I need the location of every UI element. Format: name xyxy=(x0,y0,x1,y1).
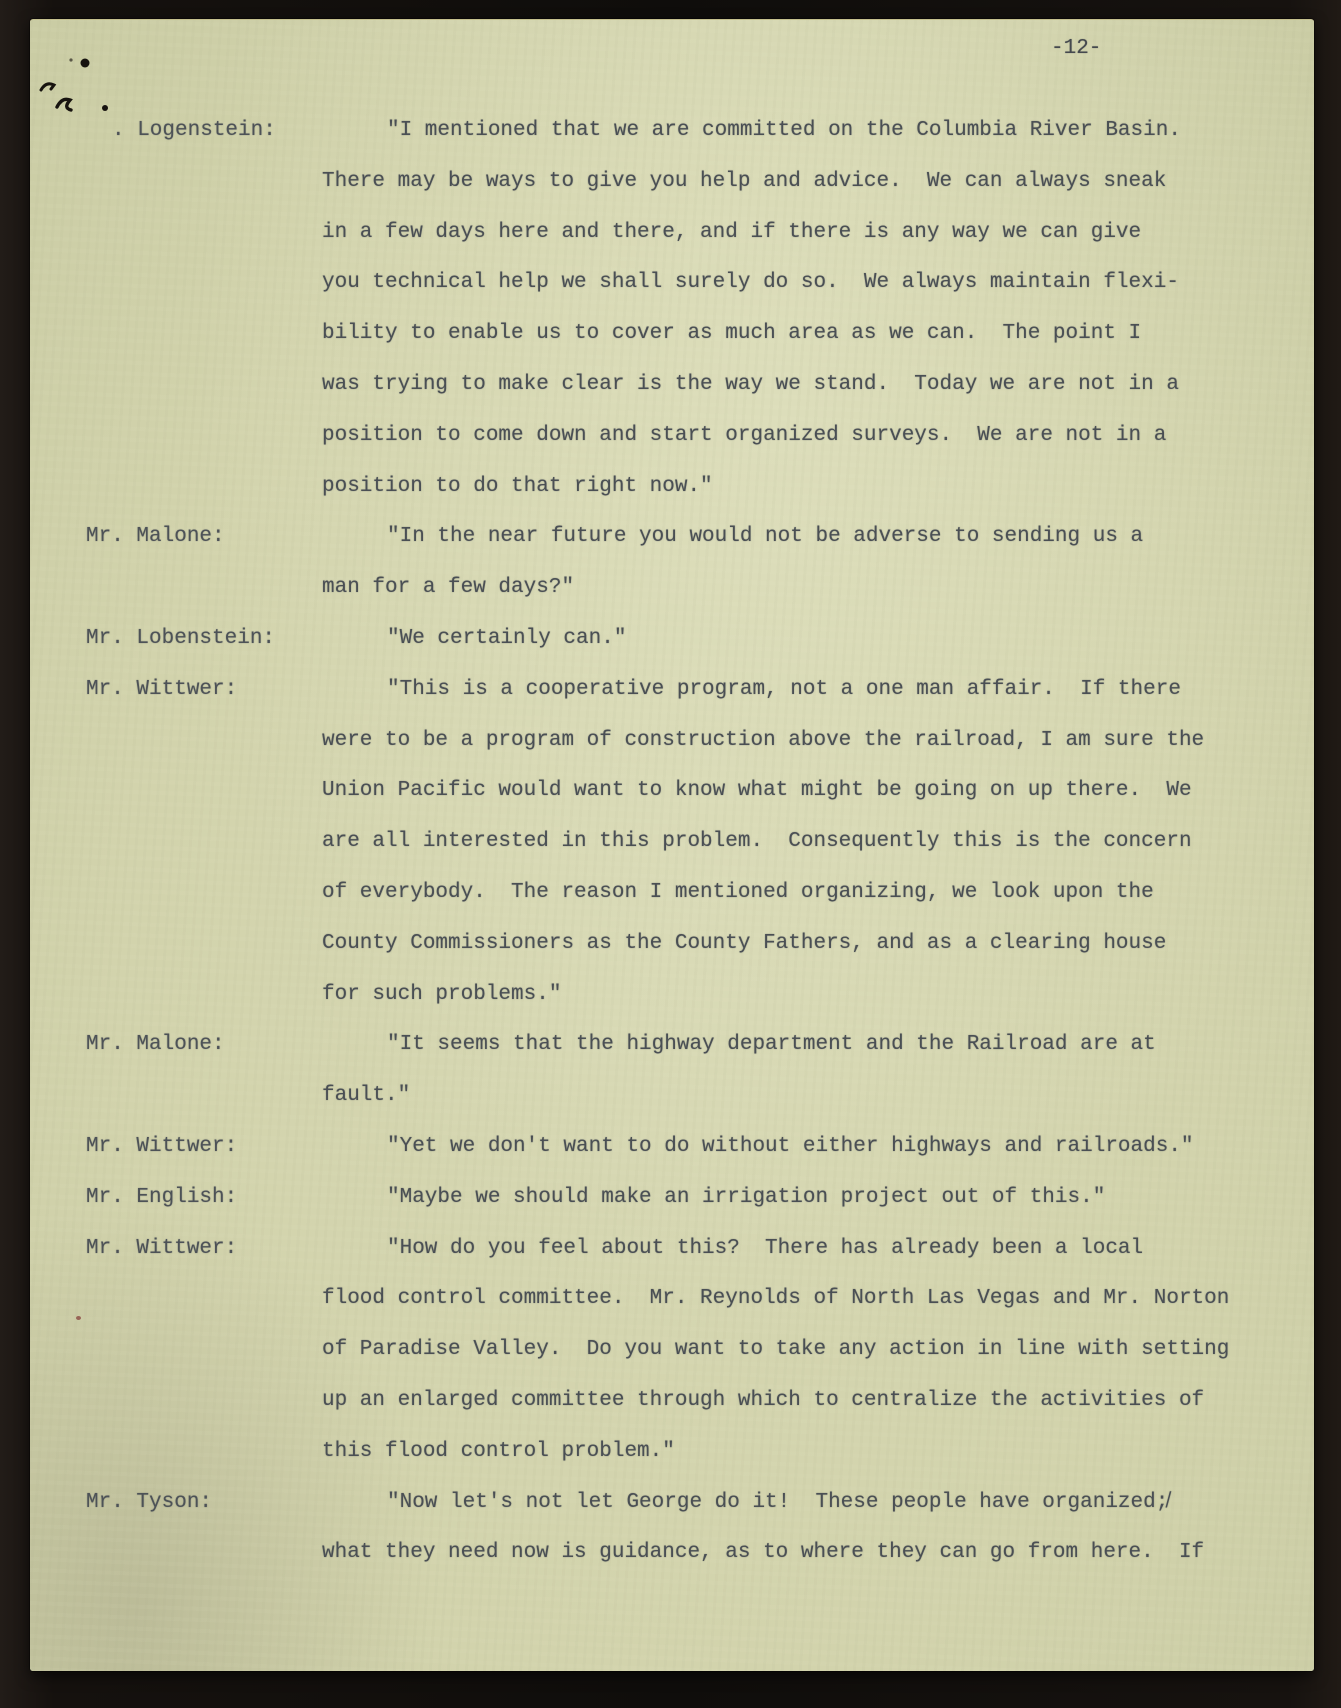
transcript-line: bility to enable us to cover as much are… xyxy=(322,321,1141,347)
transcript-line: you technical help we shall surely do so… xyxy=(322,270,1179,296)
speaker-label: Mr. Wittwer: xyxy=(86,1134,237,1160)
transcript-line: "In the near future you would not be adv… xyxy=(387,524,1143,550)
transcript-line: position to do that right now." xyxy=(322,474,713,500)
transcript-line: "How do you feel about this? There has a… xyxy=(387,1236,1143,1262)
transcript-line: "Now let's not let George do it! These p… xyxy=(387,1490,1168,1516)
transcript-line: in a few days here and there, and if the… xyxy=(322,220,1141,246)
transcript-line: "This is a cooperative program, not a on… xyxy=(387,677,1181,703)
transcript-line: There may be ways to give you help and a… xyxy=(322,169,1166,195)
speaker-label: Mr. Wittwer: xyxy=(86,1236,237,1262)
transcript: . Logenstein:"I mentioned that we are co… xyxy=(30,20,1314,1671)
transcript-line: of Paradise Valley. Do you want to take … xyxy=(322,1337,1229,1363)
transcript-line: "Yet we don't want to do without either … xyxy=(387,1134,1194,1160)
speaker-label: . Logenstein: xyxy=(112,118,276,144)
transcript-line: Union Pacific would want to know what mi… xyxy=(322,778,1192,804)
transcript-line: County Commissioners as the County Fathe… xyxy=(322,931,1166,957)
transcript-line: of everybody. The reason I mentioned org… xyxy=(322,880,1154,906)
scan-background: { "page": { "number_label": "-12-" }, "c… xyxy=(0,0,1341,1708)
transcript-line: for such problems." xyxy=(322,982,561,1008)
speaker-label: Mr. Malone: xyxy=(86,1032,225,1058)
transcript-line: "It seems that the highway department an… xyxy=(387,1032,1156,1058)
transcript-line: fault." xyxy=(322,1083,410,1109)
transcript-line: "We certainly can." xyxy=(387,626,626,652)
speaker-label: Mr. Wittwer: xyxy=(86,677,237,703)
speaker-label: Mr. Lobenstein: xyxy=(86,626,275,652)
transcript-line: "Maybe we should make an irrigation proj… xyxy=(387,1185,1105,1211)
transcript-line: "I mentioned that we are committed on th… xyxy=(387,118,1181,144)
transcript-line: flood control committee. Mr. Reynolds of… xyxy=(322,1286,1229,1312)
speaker-label: Mr. Malone: xyxy=(86,524,225,550)
transcript-line: position to come down and start organize… xyxy=(322,423,1166,449)
transcript-line: what they need now is guidance, as to wh… xyxy=(322,1540,1204,1566)
transcript-line: this flood control problem." xyxy=(322,1439,675,1465)
transcript-line: were to be a program of construction abo… xyxy=(322,728,1204,754)
transcript-line: up an enlarged committee through which t… xyxy=(322,1388,1204,1414)
transcript-line: was trying to make clear is the way we s… xyxy=(322,372,1179,398)
speaker-label: Mr. Tyson: xyxy=(86,1490,212,1516)
speaker-label: Mr. English: xyxy=(86,1185,237,1211)
paper-sheet: -12- . Logenstein:"I mentioned that we a… xyxy=(30,19,1314,1671)
transcript-line: are all interested in this problem. Cons… xyxy=(322,829,1192,855)
transcript-line: man for a few days?" xyxy=(322,575,574,601)
